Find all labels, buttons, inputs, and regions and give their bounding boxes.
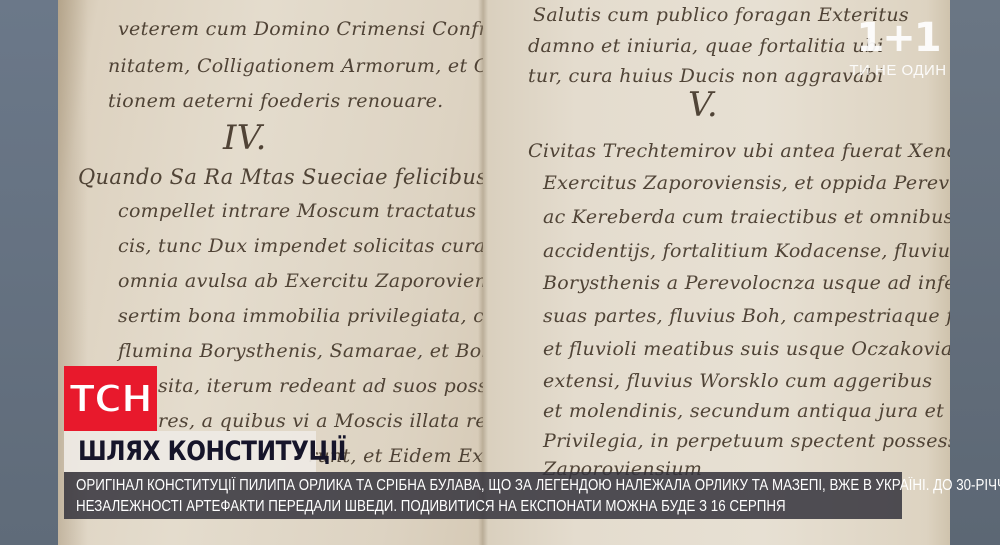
manuscript-line: flumina Borysthenis, Samarae, et Boh (118, 340, 483, 362)
program-logo: ТСН (64, 366, 157, 431)
story-title-bar: ШЛЯХ КОНСТИТУЦІЇ (64, 431, 316, 472)
manuscript-line: Borysthenis a Perevolocnza usque ad infe… (543, 272, 950, 294)
caption-bar: ОРИГІНАЛ КОНСТИТУЦІЇ ПИЛИПА ОРЛИКА ТА СР… (64, 472, 902, 519)
manuscript-line: Quando Sa Ra Mtas Sueciae felicibus armi… (78, 165, 483, 189)
manuscript-line: Privilegia, in perpetuum spectent posses… (543, 430, 950, 452)
manuscript-line: tionem aeterni foederis renouare. (108, 90, 443, 112)
story-title: ШЛЯХ КОНСТИТУЦІЇ (78, 436, 346, 467)
manuscript-line: sita, iterum redeant ad suos possesso: (158, 375, 483, 397)
manuscript-line: et fluvioli meatibus suis usque Oczakovi… (543, 338, 950, 360)
caption-line: НЕЗАЛЕЖНОСТІ АРТЕФАКТИ ПЕРЕДАЛИ ШВЕДИ. П… (76, 496, 786, 517)
background-left (0, 0, 60, 545)
manuscript-line: suas partes, fluvius Boh, campestriaque … (543, 305, 950, 327)
manuscript-line: veterem cum Domino Crimensi Confrater: (118, 18, 483, 40)
manuscript-line: compellet intrare Moscum tractatus almae… (118, 200, 483, 222)
manuscript-line: damno et iniuria, quae fortalitia ubi (528, 35, 884, 57)
manuscript-line: sertim bona immobilia privilegiata, circ… (118, 305, 483, 327)
manuscript-line: cis, tunc Dux impendet solicitas curas, … (118, 235, 483, 257)
manuscript-right-page: Salutis cum publico foragan Exteritus da… (483, 0, 950, 545)
program-logo-text: ТСН (69, 377, 152, 421)
book-gutter (478, 0, 488, 545)
manuscript-heading: IV. (223, 118, 267, 158)
channel-logo-mark: 1+1 (838, 18, 958, 58)
manuscript-line: ac Kereberda cum traiectibus et omnibus (543, 206, 950, 228)
manuscript-line: res, a quibus vi a Moscis illata recesse… (158, 410, 483, 432)
manuscript-line: nitatem, Colligationem Armorum, et Confi… (108, 55, 483, 77)
manuscript-line: tur, cura huius Ducis non aggravabi (528, 65, 884, 87)
manuscript-line: Civitas Trechtemirov ubi antea fuerat Xe… (528, 140, 950, 162)
channel-logo: 1+1 ТИ НЕ ОДИН (838, 18, 958, 79)
manuscript-line: Exercitus Zaporoviensis, et oppida Perev… (543, 172, 950, 194)
manuscript-line: et molendinis, secundum antiqua jura et (543, 400, 944, 422)
caption-line: ОРИГІНАЛ КОНСТИТУЦІЇ ПИЛИПА ОРЛИКА ТА СР… (76, 475, 786, 496)
manuscript-line: omnia avulsa ab Exercitu Zaporoviensi, p… (118, 270, 483, 292)
manuscript-line: extensi, fluvius Worsklo cum aggeribus (543, 370, 932, 392)
manuscript-heading: V. (688, 85, 718, 125)
manuscript-line: accidentijs, fortalitium Kodacense, fluv… (543, 240, 950, 262)
background-right (948, 0, 1000, 545)
channel-tagline: ТИ НЕ ОДИН (838, 62, 958, 79)
